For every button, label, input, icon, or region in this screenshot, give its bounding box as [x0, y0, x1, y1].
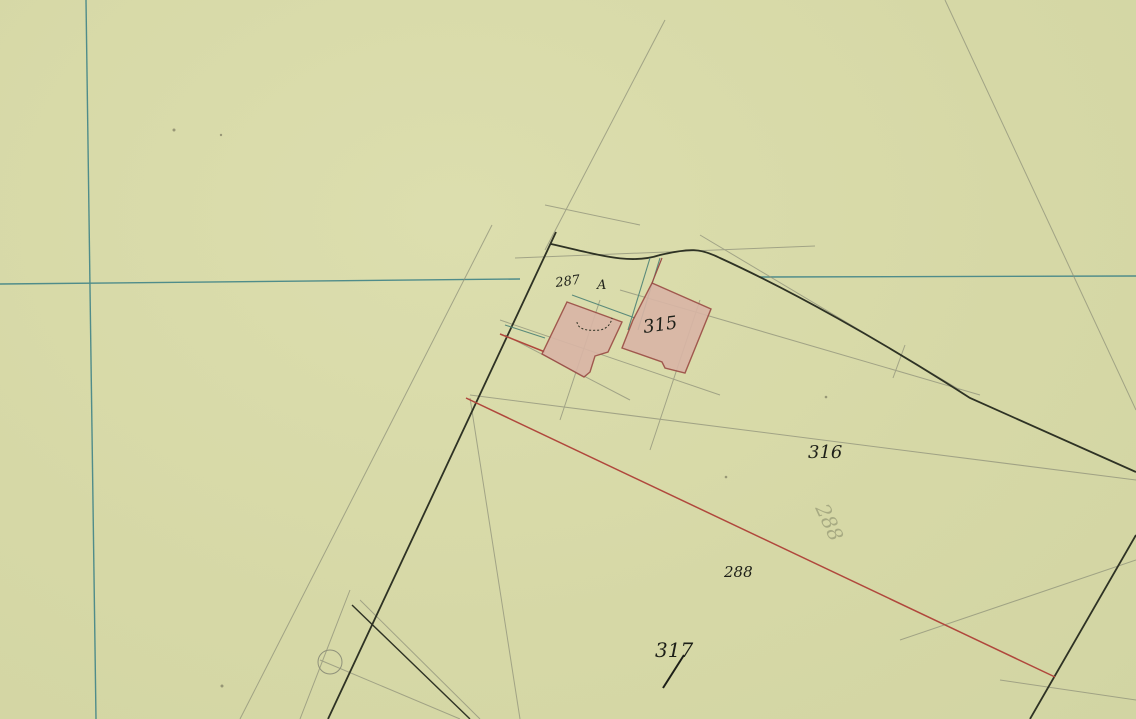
faint-pencil-number: 288: [810, 499, 848, 545]
parcel-label-316: 316: [808, 442, 842, 463]
cadastral-map: 287 A 315 316 288 317 288: [0, 0, 1136, 719]
parcel-boundaries: [328, 232, 1136, 719]
marker-a: A: [596, 278, 606, 293]
building-287: [542, 302, 622, 377]
paper-specks: [173, 129, 828, 688]
map-canvas: 287 A 315 316 288 317 288: [0, 0, 1136, 719]
parcel-label-287: 287: [553, 273, 581, 292]
red-boundary-lines: [466, 334, 1055, 677]
parcel-label-317: 317: [655, 638, 693, 662]
parcel-label-288: 288: [723, 563, 753, 581]
